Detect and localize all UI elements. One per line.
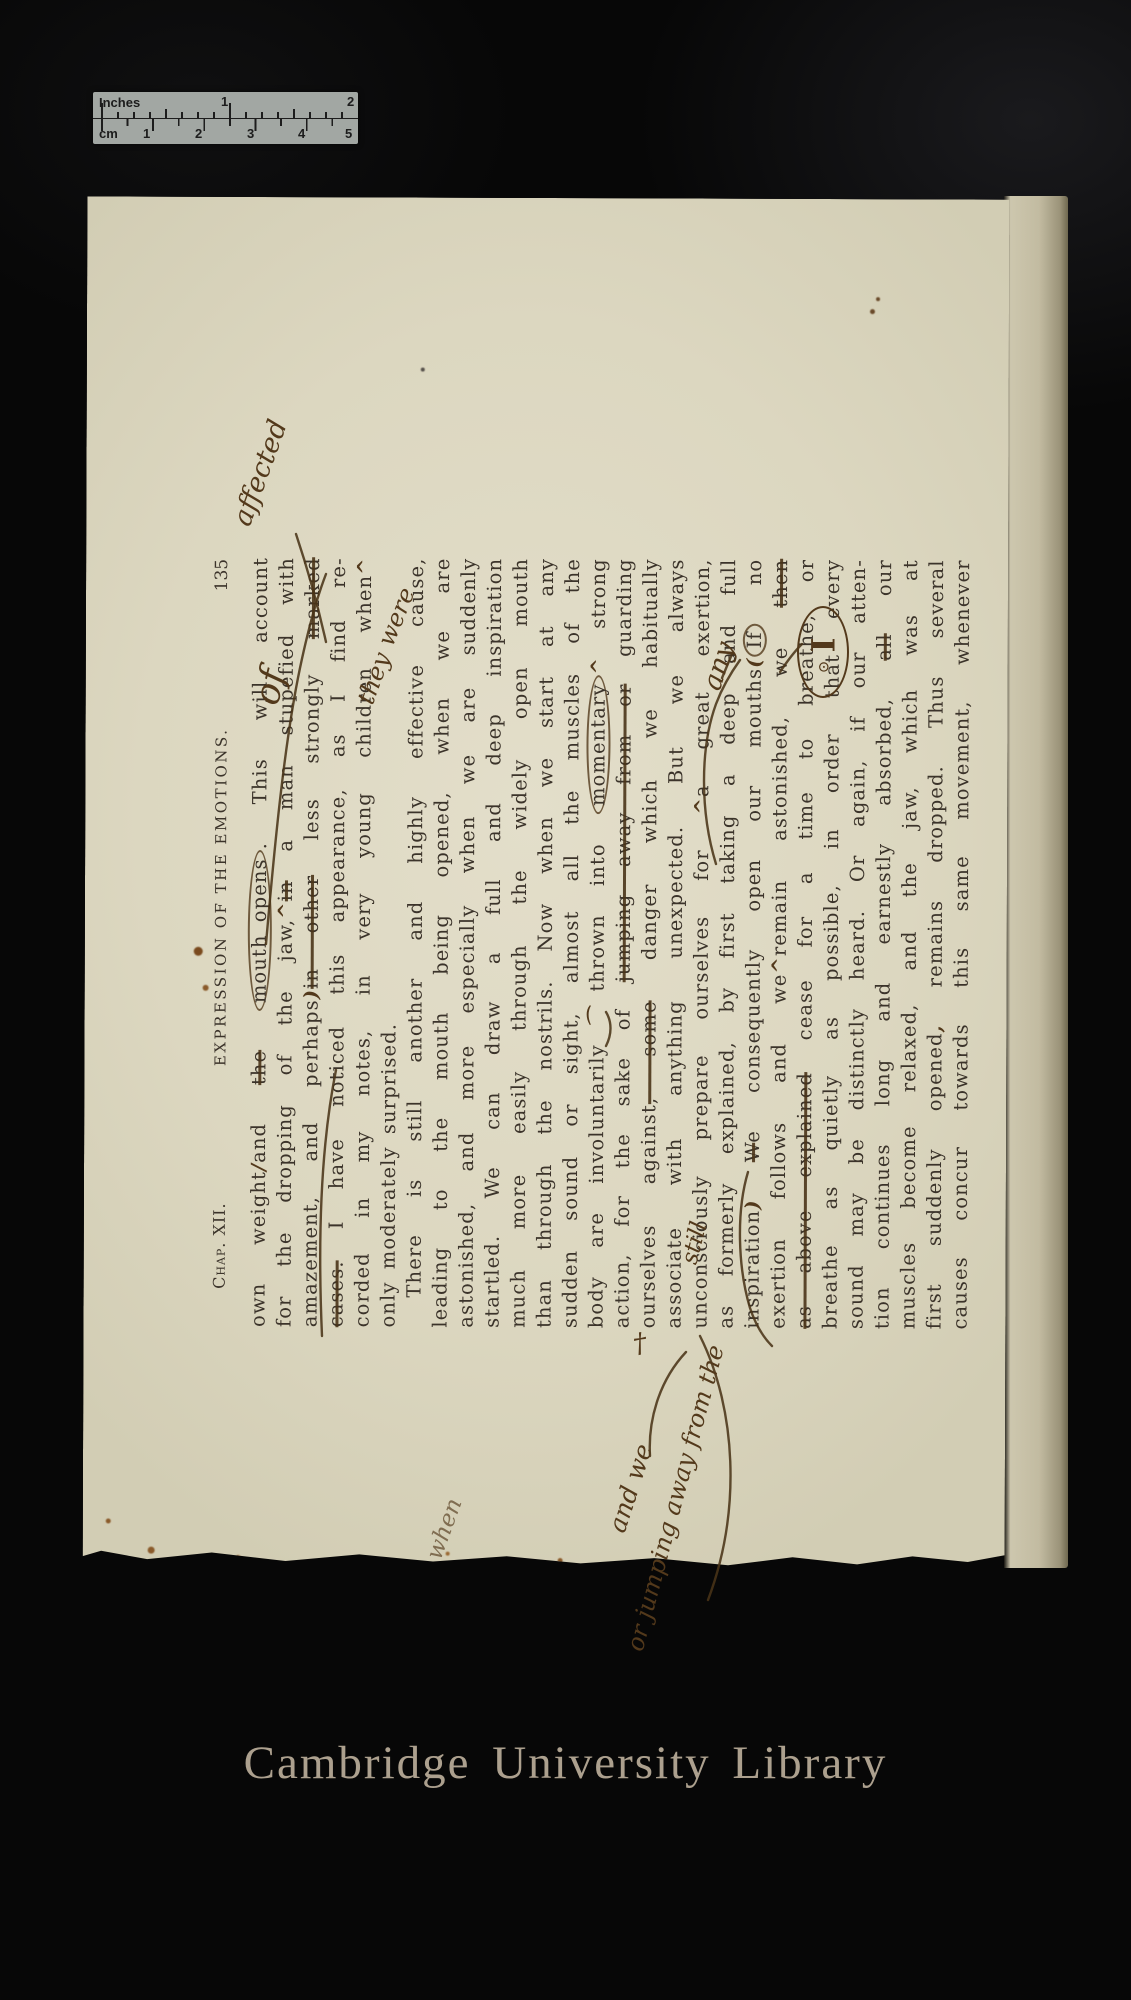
print-text: action, for the sake of: [610, 982, 634, 1328]
print-line: startled. We can draw a full and deep in…: [479, 558, 508, 1328]
print-line: There is still another and highly effect…: [401, 558, 430, 1328]
print-line: body are involuntarily⌒thrown into momen…: [583, 558, 612, 1328]
print-line: tion continues long and earnestly absorb…: [869, 559, 898, 1329]
ruler-inch-ticks-whole: [101, 103, 356, 118]
foxing-spot: [870, 309, 875, 314]
ink-mark: ^: [274, 901, 297, 919]
struck-text: in other: [300, 875, 323, 989]
print-text: I have noticed this appearance, as I fin…: [325, 557, 350, 1260]
struck-text: , some: [637, 1000, 660, 1104]
print-text: remain astonished, we: [768, 608, 792, 956]
print-text: startled. We can draw a full and deep in…: [480, 558, 506, 1328]
print-text: remains dropped. Thus several: [924, 559, 949, 1024]
ruler-cm-number: 5: [345, 126, 352, 141]
ruler-cm-number: 1: [143, 126, 150, 141]
print-line: much more easily through the widely open…: [505, 558, 534, 1328]
proof-mark-letter: I: [808, 638, 838, 653]
ink-mark: ^: [768, 956, 791, 974]
print-text: only moderately surprised.: [376, 1023, 400, 1328]
foxing-spot: [236, 1555, 241, 1560]
print-line: exertion follows and we^remain astonishe…: [765, 559, 794, 1329]
ruler-cm-number: 3: [247, 126, 254, 141]
print-text: astonished, and more especially when we …: [454, 558, 480, 1328]
ruler-inches-row: Inches 12: [93, 92, 358, 119]
print-text: danger which we habitually: [638, 558, 663, 1000]
proof-mark-dot: ⊙: [816, 661, 830, 674]
library-watermark: Cambridge University Library: [244, 1736, 888, 1790]
ruler-cm-row: cm 12345: [93, 118, 358, 144]
print-text: guarding: [613, 558, 636, 683]
foxing-spot: [194, 947, 203, 956]
ink-mark: ^: [353, 557, 376, 575]
print-text: first suddenly opened: [922, 1032, 946, 1329]
ink-mark: ∕: [247, 1163, 270, 1171]
print-line: than through the nostrils. Now when we s…: [531, 558, 560, 1328]
print-line: action, for the sake of jumping away fro…: [609, 558, 638, 1328]
ruler-cm-number: 2: [195, 126, 202, 141]
foxing-spot: [421, 368, 425, 372]
print-text: e consequently open our mouths: [741, 668, 766, 1143]
foxing-spot: [148, 1547, 155, 1554]
page-title: EXPRESSION OF THE EMOTIONS.: [211, 728, 230, 1067]
print-text: [247, 1012, 270, 1050]
ink-mark: ,: [923, 1024, 946, 1032]
print-text: [741, 1162, 764, 1199]
print-text: causes concur towards this same movement…: [948, 559, 974, 1329]
print-text: body are involuntarily: [584, 1044, 608, 1328]
print-line: associate with anything unexpected. But …: [661, 558, 690, 1328]
print-line: inspiration) We consequently open our mo…: [739, 559, 768, 1329]
ruler-inch-number: 2: [347, 94, 354, 109]
print-line: muscles become relaxed, and the jaw, whi…: [895, 559, 924, 1329]
foxing-spot: [203, 985, 209, 991]
running-head: Chap. XII. EXPRESSION OF THE EMOTIONS. 1…: [210, 559, 233, 1289]
print-line: causes concur towards this same movement…: [947, 559, 976, 1329]
struck-text: cases.: [324, 1260, 347, 1327]
struck-text: W: [741, 1143, 764, 1163]
struck-text: as above explained: [792, 1072, 816, 1329]
foxing-spot: [330, 1561, 336, 1567]
print-line: amazement, and perhaps)in other less str…: [297, 557, 326, 1327]
ink-mark: ^: [690, 797, 713, 815]
ink-mark: (: [743, 657, 766, 667]
photo-scene: Inches 12 cm 12345 Chap. XII. EXPRESSION…: [0, 0, 1131, 2000]
print-text: inspiration: [740, 1210, 763, 1329]
struck-text: jumping away from or: [612, 684, 636, 983]
foxing-spot: [558, 1558, 563, 1563]
ink-mark: ⌒: [585, 992, 608, 1045]
page-number: 135: [212, 559, 232, 592]
print-text: strong: [587, 558, 610, 657]
foxing-spot: [106, 1518, 111, 1523]
circled-text: momentary: [586, 675, 610, 814]
print-text: our: [873, 559, 896, 633]
print-line: first suddenly opened, remains dropped. …: [921, 559, 950, 1329]
print-text: a man stupefied with: [274, 557, 298, 880]
print-line: sudden sound or sight, almost all the mu…: [557, 558, 586, 1328]
print-text: exertion follows and we: [766, 974, 790, 1329]
print-text: own weight: [246, 1171, 270, 1327]
circled-text: mouth opens: [248, 850, 273, 1011]
printed-text-block: own weight∕and the mouth opens. This wil…: [245, 557, 976, 1330]
struck-text: the: [247, 1050, 270, 1085]
print-text: thrown into: [586, 815, 610, 992]
ruler: Inches 12 cm 12345: [93, 92, 358, 144]
ink-mark: ): [741, 1199, 764, 1209]
print-line: astonished, and more especially when we …: [453, 558, 482, 1328]
print-text: tion continues long and earnestly absorb…: [870, 661, 895, 1330]
struck-text: then: [769, 559, 792, 608]
proof-mark-circled-I: I ⊙: [797, 606, 849, 698]
print-text: amazement, and perhaps: [298, 999, 322, 1327]
print-text: less strongly: [300, 639, 324, 875]
ink-mark: ^: [587, 657, 610, 675]
print-text: ourselves against: [636, 1104, 660, 1328]
print-line: cases. I have noticed this appearance, a…: [323, 557, 352, 1327]
struck-text: all: [873, 633, 896, 660]
ruler-cm-ticks-whole: [101, 118, 356, 131]
print-text: associate with anything unexpected. But …: [662, 558, 688, 1328]
print-text: no: [743, 559, 766, 623]
book-fore-edge: [1004, 196, 1068, 1568]
print-text: leading to the mouth being opened, when …: [428, 558, 454, 1328]
ink-mark: ): [300, 989, 323, 999]
page-content: Chap. XII. EXPRESSION OF THE EMOTIONS. 1…: [83, 196, 1010, 1567]
foxing-spot: [876, 297, 880, 301]
print-line: leading to the mouth being opened, when …: [427, 558, 456, 1328]
print-text: than through the nostrils. Now when we s…: [532, 558, 558, 1328]
print-text: much more easily through the widely open…: [506, 558, 532, 1328]
struck-text: in: [274, 880, 297, 901]
circled-text: If: [743, 623, 767, 656]
ruler-cm-number: 4: [298, 126, 305, 141]
print-line: ourselves against, some danger which we …: [635, 558, 664, 1328]
print-text: sudden sound or sight, almost all the mu…: [558, 558, 584, 1328]
ruler-inch-number: 1: [221, 94, 228, 109]
print-text: for the dropping of the jaw,: [272, 919, 296, 1327]
print-text: and: [247, 1085, 270, 1163]
chapter-label: Chap. XII.: [210, 1202, 229, 1289]
print-text: sound may be distinctly heard. Or again,…: [844, 559, 870, 1329]
print-line: sound may be distinctly heard. Or again,…: [843, 559, 872, 1329]
struck-text: marked: [301, 557, 324, 639]
print-text: There is still another and highly effect…: [403, 558, 429, 1298]
manuscript-page: Chap. XII. EXPRESSION OF THE EMOTIONS. 1…: [83, 196, 1010, 1567]
print-text: muscles become relaxed, and the jaw, whi…: [896, 559, 922, 1329]
